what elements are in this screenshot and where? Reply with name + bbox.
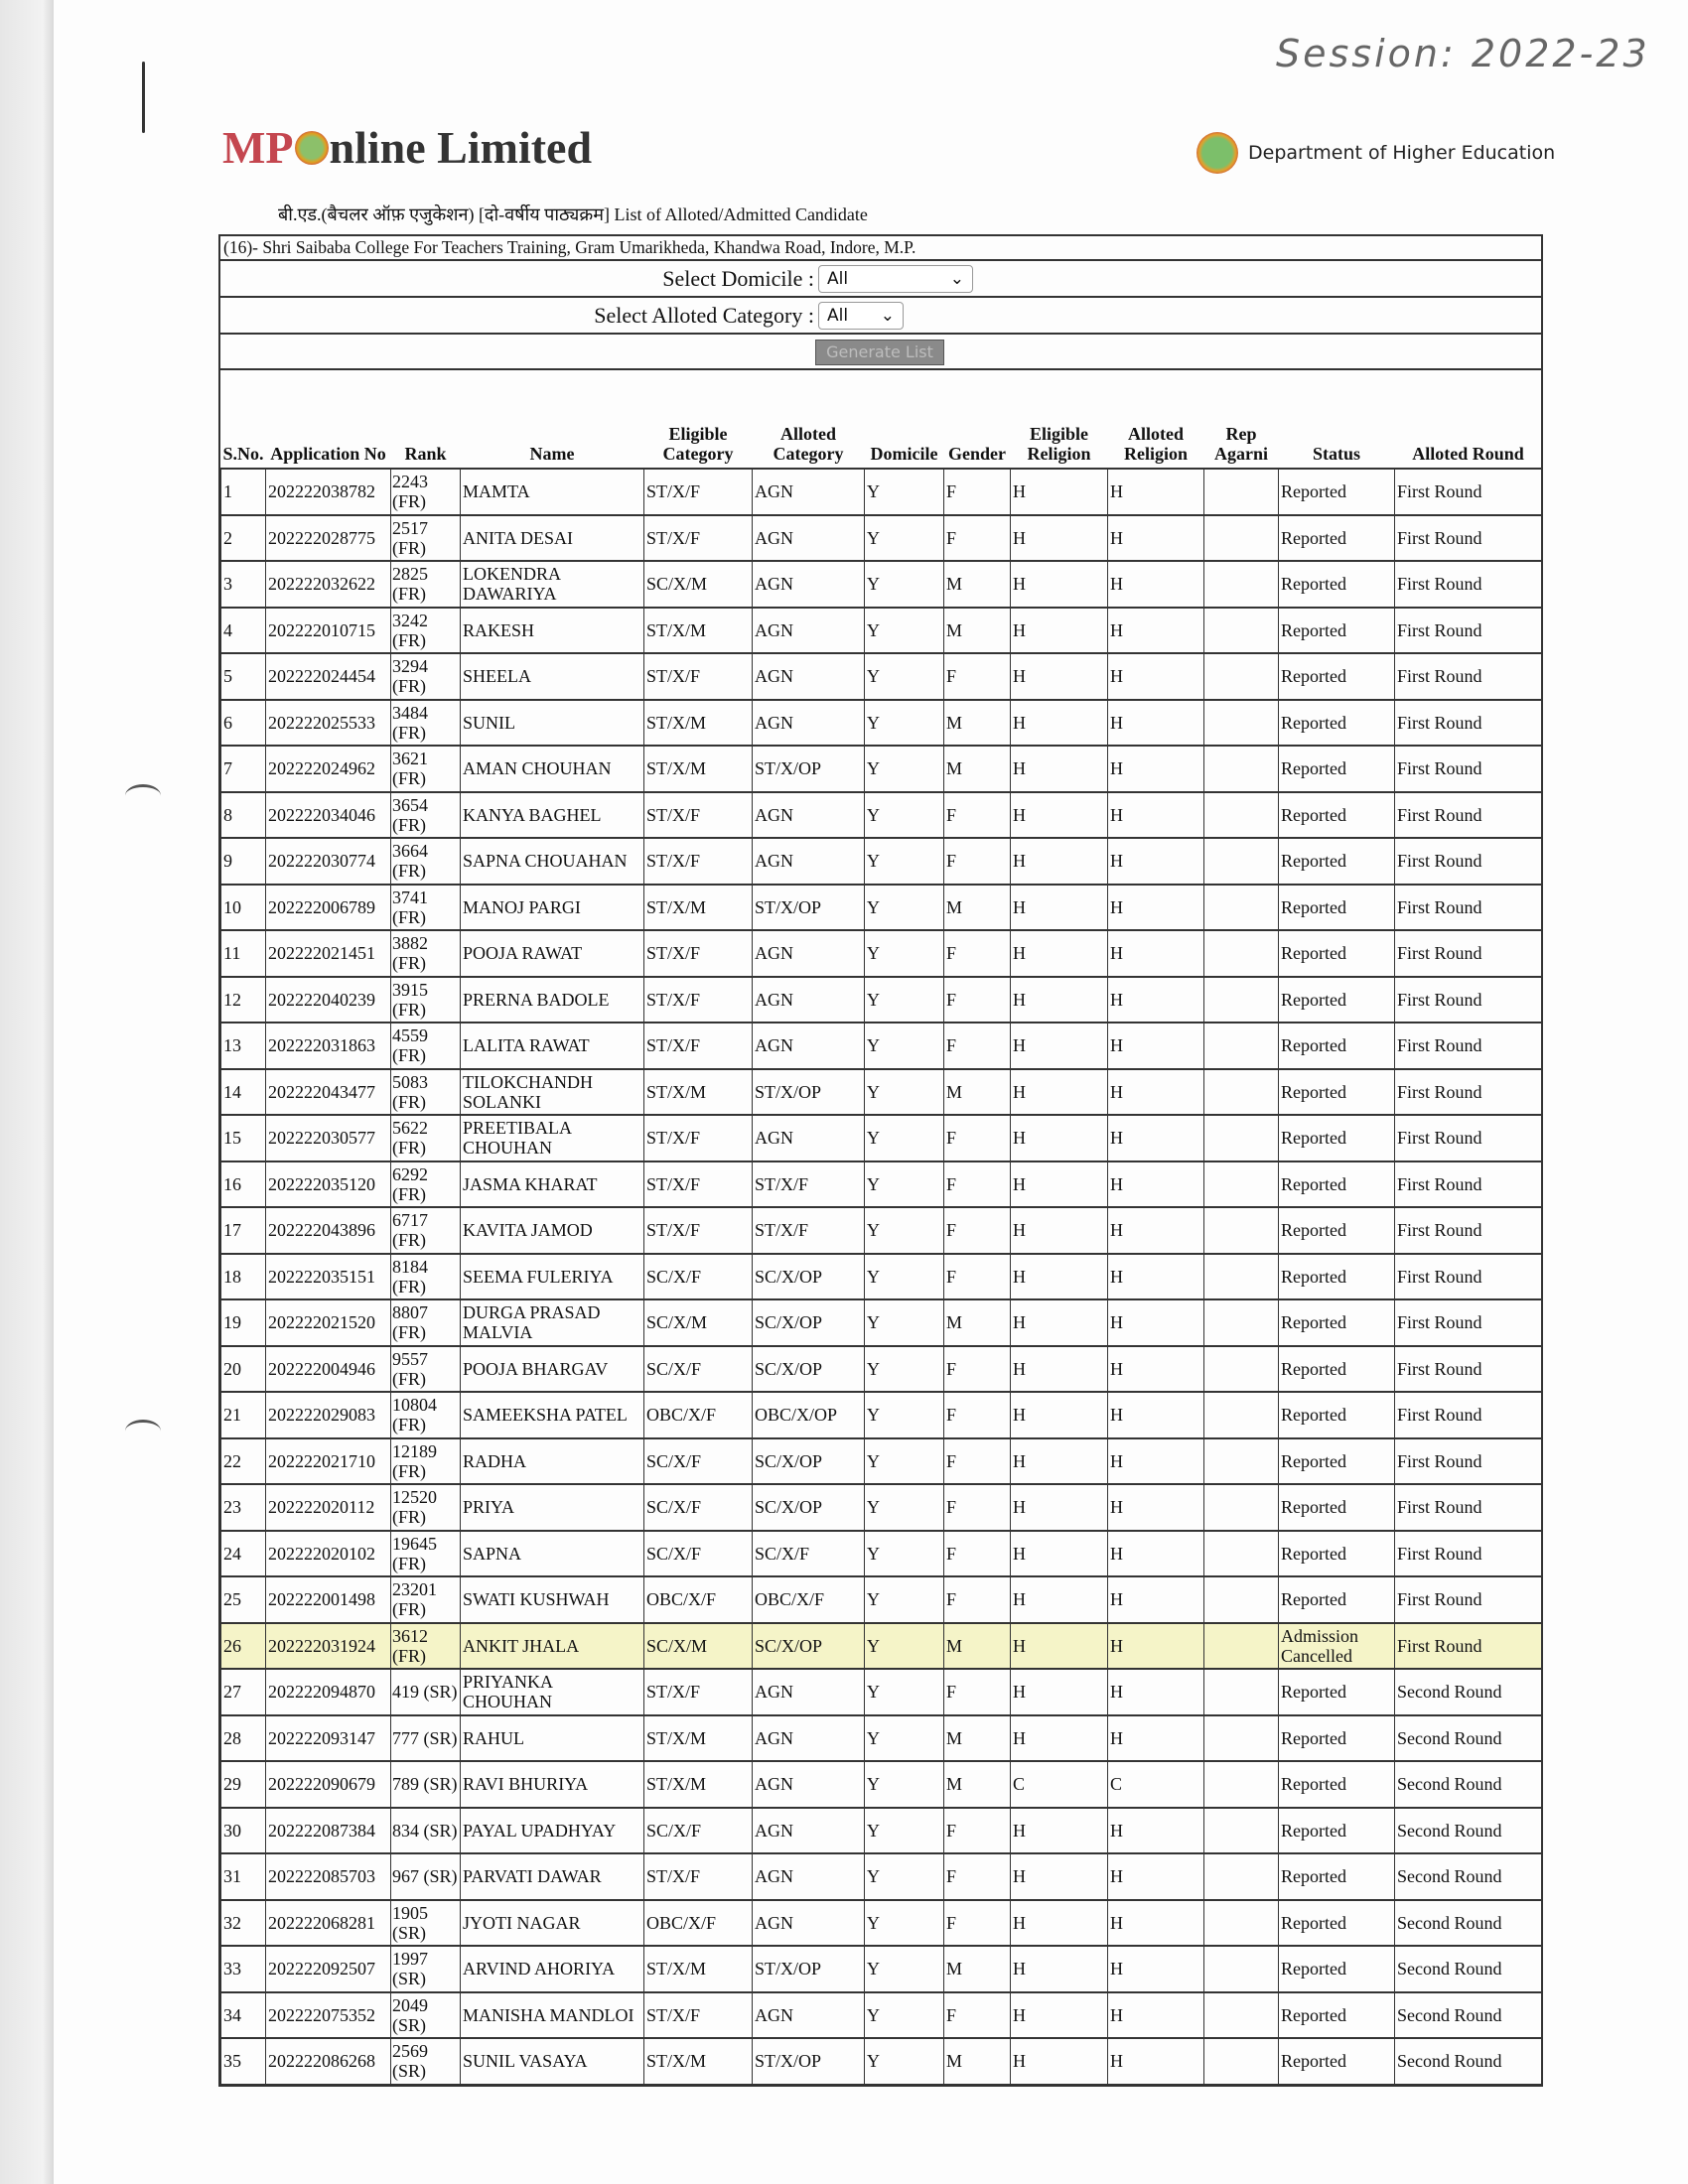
logo-prefix: MP [222, 121, 294, 174]
handwritten-session-note: Session: 2022-23 [1276, 32, 1650, 75]
table-cell: 34 [221, 1992, 266, 2039]
table-cell: 202222034046 [266, 792, 391, 839]
table-cell: Y [865, 930, 944, 977]
table-cell: Y [865, 1392, 944, 1438]
table-cell: AGN [753, 1900, 865, 1947]
table-cell: First Round [1395, 608, 1542, 654]
table-cell: ST/X/F [644, 1023, 753, 1069]
table-cell: 202222024962 [266, 746, 391, 792]
table-cell: 11 [221, 930, 266, 977]
table-row: 2420222202010219645 (FR)SAPNASC/X/FSC/X/… [221, 1531, 1542, 1577]
table-cell: First Round [1395, 1161, 1542, 1208]
table-cell: 202222043896 [266, 1207, 391, 1254]
table-cell: 3664 (FR) [391, 838, 461, 885]
table-cell: 3242 (FR) [391, 608, 461, 654]
scan-edge [0, 0, 54, 2184]
table-cell: AGN [753, 1853, 865, 1900]
table-cell: H [1011, 1484, 1108, 1531]
table-cell: Y [865, 700, 944, 747]
table-cell: 30 [221, 1808, 266, 1854]
table-cell: H [1011, 700, 1108, 747]
table-cell: SC/X/OP [753, 1623, 865, 1670]
table-cell: Y [865, 1069, 944, 1116]
table-cell: Second Round [1395, 1853, 1542, 1900]
domicile-select[interactable]: All ⌄ [818, 265, 973, 293]
table-cell [1204, 1161, 1279, 1208]
table-row: 30202222087384834 (SR)PAYAL UPADHYAYSC/X… [221, 1808, 1542, 1854]
table-cell: 202222010715 [266, 608, 391, 654]
table-cell: 202222024454 [266, 653, 391, 700]
table-cell: AGN [753, 469, 865, 515]
table-cell: Y [865, 1715, 944, 1762]
table-cell: ST/X/M [644, 608, 753, 654]
table-cell: 3612 (FR) [391, 1623, 461, 1670]
table-cell: ST/X/OP [753, 1946, 865, 1992]
table-cell: 202222020112 [266, 1484, 391, 1531]
generate-list-button[interactable]: Generate List [815, 340, 944, 365]
table-cell: 2049 (SR) [391, 1992, 461, 2039]
table-cell: F [944, 977, 1011, 1024]
table-cell: 19645 (FR) [391, 1531, 461, 1577]
table-cell: ARVIND AHORIYA [461, 1946, 644, 1992]
table-cell [1204, 885, 1279, 931]
table-cell: First Round [1395, 838, 1542, 885]
table-cell: POOJA BHARGAV [461, 1346, 644, 1393]
table-cell: Y [865, 977, 944, 1024]
table-cell: 202222094870 [266, 1669, 391, 1715]
table-cell: Second Round [1395, 1992, 1542, 2039]
column-header: Application No [266, 414, 391, 469]
table-cell: ST/X/M [644, 1069, 753, 1116]
table-cell [1204, 515, 1279, 562]
table-cell: SC/X/M [644, 1623, 753, 1670]
table-cell: H [1011, 1808, 1108, 1854]
table-cell: Y [865, 1207, 944, 1254]
table-cell [1204, 1438, 1279, 1485]
table-cell: Reported [1279, 1853, 1395, 1900]
table-cell: First Round [1395, 1207, 1542, 1254]
table-cell: C [1108, 1761, 1204, 1808]
table-row: 2520222200149823201 (FR)SWATI KUSHWAHOBC… [221, 1576, 1542, 1623]
table-cell: H [1011, 1299, 1108, 1346]
table-cell: M [944, 2038, 1011, 2084]
table-cell: 202222092507 [266, 1946, 391, 1992]
table-cell: 3882 (FR) [391, 930, 461, 977]
table-cell: ST/X/F [753, 1161, 865, 1208]
table-cell: 202222035151 [266, 1254, 391, 1300]
table-cell: ST/X/OP [753, 2038, 865, 2084]
table-cell: H [1108, 792, 1204, 839]
table-cell: H [1011, 1623, 1108, 1670]
table-cell: 29 [221, 1761, 266, 1808]
table-cell: F [944, 1392, 1011, 1438]
table-cell: 2825 (FR) [391, 561, 461, 608]
table-cell: SEEMA FULERIYA [461, 1254, 644, 1300]
table-cell: 12520 (FR) [391, 1484, 461, 1531]
table-cell: Reported [1279, 1254, 1395, 1300]
table-cell: 9557 (FR) [391, 1346, 461, 1393]
table-cell: 202222030577 [266, 1115, 391, 1161]
table-row: 102022220067893741 (FR)MANOJ PARGIST/X/M… [221, 885, 1542, 931]
table-row: 352022220862682569 (SR)SUNIL VASAYAST/X/… [221, 2038, 1542, 2084]
table-cell: Reported [1279, 608, 1395, 654]
table-cell: 3741 (FR) [391, 885, 461, 931]
table-cell: H [1108, 653, 1204, 700]
table-cell: H [1108, 1531, 1204, 1577]
table-cell: H [1108, 1346, 1204, 1393]
table-cell: 32 [221, 1900, 266, 1947]
table-cell: First Round [1395, 792, 1542, 839]
table-cell: Y [865, 1438, 944, 1485]
table-cell: 5083 (FR) [391, 1069, 461, 1116]
column-header: Alloted Category [753, 414, 865, 469]
table-cell: Reported [1279, 1069, 1395, 1116]
table-cell: SC/X/F [644, 1254, 753, 1300]
alloted-category-select[interactable]: All ⌄ [818, 302, 904, 330]
table-cell: Reported [1279, 1900, 1395, 1947]
table-cell: 3915 (FR) [391, 977, 461, 1024]
table-cell [1204, 469, 1279, 515]
table-cell: 8 [221, 792, 266, 839]
table-cell: Y [865, 1254, 944, 1300]
table-cell: ST/X/F [644, 838, 753, 885]
table-cell [1204, 1392, 1279, 1438]
table-cell: ST/X/M [644, 746, 753, 792]
table-cell: Reported [1279, 838, 1395, 885]
table-cell: AGN [753, 1023, 865, 1069]
table-cell: H [1108, 838, 1204, 885]
table-cell: ST/X/F [753, 1207, 865, 1254]
table-cell [1204, 1254, 1279, 1300]
table-cell: Second Round [1395, 1900, 1542, 1947]
table-cell: C [1011, 1761, 1108, 1808]
department-header: Department of Higher Education [1196, 132, 1555, 174]
table-cell: MANOJ PARGI [461, 885, 644, 931]
table-cell [1204, 1761, 1279, 1808]
table-cell: Second Round [1395, 1669, 1542, 1715]
table-cell: 3294 (FR) [391, 653, 461, 700]
table-cell: Y [865, 1023, 944, 1069]
table-cell: 23 [221, 1484, 266, 1531]
table-cell: Reported [1279, 653, 1395, 700]
table-cell [1204, 1207, 1279, 1254]
table-cell: ST/X/F [644, 977, 753, 1024]
table-cell: Y [865, 1299, 944, 1346]
table-cell: H [1011, 930, 1108, 977]
list-title: बी.एड.(बैचलर ऑफ़ एजुकेशन) [दो-वर्षीय पाठ… [278, 203, 868, 226]
table-cell: H [1011, 469, 1108, 515]
table-cell: 202222030774 [266, 838, 391, 885]
table-cell: SC/X/F [644, 1346, 753, 1393]
table-cell: 202222038782 [266, 469, 391, 515]
table-cell: 23201 (FR) [391, 1576, 461, 1623]
table-cell: 202222001498 [266, 1576, 391, 1623]
table-row: 202022220049469557 (FR)POOJA BHARGAVSC/X… [221, 1346, 1542, 1393]
table-cell: H [1011, 1392, 1108, 1438]
table-cell: Reported [1279, 1207, 1395, 1254]
table-cell: POOJA RAWAT [461, 930, 644, 977]
table-cell: F [944, 515, 1011, 562]
pen-mark [142, 62, 145, 133]
table-cell: H [1108, 1115, 1204, 1161]
table-cell: 22 [221, 1438, 266, 1485]
table-row: 322022220682811905 (SR)JYOTI NAGAROBC/X/… [221, 1900, 1542, 1947]
table-cell: TILOKCHANDH SOLANKI [461, 1069, 644, 1116]
table-cell: SC/X/F [644, 1531, 753, 1577]
table-cell: H [1011, 515, 1108, 562]
table-cell: PREETIBALA CHOUHAN [461, 1115, 644, 1161]
table-row: 42022220107153242 (FR)RAKESHST/X/MAGNYMH… [221, 608, 1542, 654]
table-cell [1204, 608, 1279, 654]
table-cell [1204, 1484, 1279, 1531]
table-cell: First Round [1395, 1254, 1542, 1300]
table-row: 192022220215208807 (FR)DURGA PRASAD MALV… [221, 1299, 1542, 1346]
table-cell: SC/X/OP [753, 1346, 865, 1393]
table-cell: F [944, 653, 1011, 700]
table-cell: 4559 (FR) [391, 1023, 461, 1069]
table-cell [1204, 838, 1279, 885]
table-cell: Reported [1279, 2038, 1395, 2084]
chevron-down-icon: ⌄ [881, 306, 895, 326]
table-cell: Y [865, 746, 944, 792]
table-cell: H [1011, 1254, 1108, 1300]
table-cell: M [944, 700, 1011, 747]
table-cell: H [1108, 1438, 1204, 1485]
table-cell [1204, 1531, 1279, 1577]
table-cell: 202222021451 [266, 930, 391, 977]
table-cell: 202222068281 [266, 1900, 391, 1947]
table-cell: Y [865, 1669, 944, 1715]
table-cell: Y [865, 469, 944, 515]
table-cell: 202222075352 [266, 1992, 391, 2039]
table-cell: Y [865, 1808, 944, 1854]
table-cell: OBC/X/OP [753, 1392, 865, 1438]
category-selected-value: All [827, 306, 848, 326]
table-cell: Y [865, 1761, 944, 1808]
table-cell: Reported [1279, 930, 1395, 977]
table-cell: ST/X/M [644, 885, 753, 931]
table-cell [1204, 930, 1279, 977]
table-cell: RAVI BHURIYA [461, 1761, 644, 1808]
table-cell: AGN [753, 700, 865, 747]
table-row: 28202222093147777 (SR)RAHULST/X/MAGNYMHH… [221, 1715, 1542, 1762]
table-cell: 202222020102 [266, 1531, 391, 1577]
table-cell: Reported [1279, 1023, 1395, 1069]
table-cell: First Round [1395, 515, 1542, 562]
table-cell: Y [865, 1992, 944, 2039]
table-cell: ST/X/F [644, 469, 753, 515]
table-cell: H [1108, 1161, 1204, 1208]
table-cell: AGN [753, 515, 865, 562]
table-cell: 35 [221, 2038, 266, 2084]
table-cell: OBC/X/F [644, 1576, 753, 1623]
table-cell: 16 [221, 1161, 266, 1208]
table-cell: Second Round [1395, 1761, 1542, 1808]
table-row: 182022220351518184 (FR)SEEMA FULERIYASC/… [221, 1254, 1542, 1300]
table-cell [1204, 1115, 1279, 1161]
table-cell: 7 [221, 746, 266, 792]
table-cell: F [944, 1484, 1011, 1531]
table-row: 2220222202171012189 (FR)RADHASC/X/FSC/X/… [221, 1438, 1542, 1485]
column-header: Rep Agarni [1204, 414, 1279, 469]
table-cell: M [944, 885, 1011, 931]
table-cell: H [1108, 1669, 1204, 1715]
table-cell: Y [865, 1346, 944, 1393]
table-cell: First Round [1395, 1623, 1542, 1670]
table-cell: Reported [1279, 746, 1395, 792]
table-cell: First Round [1395, 1484, 1542, 1531]
column-header: Alloted Religion [1108, 414, 1204, 469]
table-cell: H [1011, 2038, 1108, 2084]
table-cell: F [944, 1576, 1011, 1623]
table-cell: 18 [221, 1254, 266, 1300]
table-cell: First Round [1395, 1346, 1542, 1393]
table-cell: H [1011, 1115, 1108, 1161]
table-cell: H [1011, 977, 1108, 1024]
table-cell: 202222090679 [266, 1761, 391, 1808]
table-cell: SC/X/M [644, 1299, 753, 1346]
table-cell: PRIYANKA CHOUHAN [461, 1669, 644, 1715]
table-cell: First Round [1395, 1069, 1542, 1116]
table-cell [1204, 1299, 1279, 1346]
table-cell [1204, 1623, 1279, 1670]
table-cell: M [944, 561, 1011, 608]
table-cell: ST/X/F [644, 1207, 753, 1254]
table-cell: First Round [1395, 653, 1542, 700]
table-cell [1204, 977, 1279, 1024]
table-cell: First Round [1395, 1299, 1542, 1346]
table-cell: AGN [753, 1992, 865, 2039]
table-cell: H [1108, 608, 1204, 654]
table-cell: ST/X/OP [753, 885, 865, 931]
table-cell: Y [865, 1576, 944, 1623]
table-cell: SAPNA [461, 1531, 644, 1577]
table-cell: ANITA DESAI [461, 515, 644, 562]
domicile-filter-row: Select Domicile : All ⌄ [220, 261, 1541, 298]
table-cell: 3484 (FR) [391, 700, 461, 747]
table-cell: 2 [221, 515, 266, 562]
table-cell: First Round [1395, 1115, 1542, 1161]
table-cell: 202222032622 [266, 561, 391, 608]
table-cell: SC/X/F [753, 1531, 865, 1577]
table-cell: SHEELA [461, 653, 644, 700]
table-row: 31202222085703967 (SR)PARVATI DAWARST/X/… [221, 1853, 1542, 1900]
table-cell: H [1011, 1531, 1108, 1577]
table-cell: H [1011, 1207, 1108, 1254]
table-cell: AGN [753, 1715, 865, 1762]
table-cell: PARVATI DAWAR [461, 1853, 644, 1900]
table-cell: H [1108, 515, 1204, 562]
table-cell: 1 [221, 469, 266, 515]
table-row: 342022220753522049 (SR)MANISHA MANDLOIST… [221, 1992, 1542, 2039]
table-cell: F [944, 1531, 1011, 1577]
table-cell: M [944, 1715, 1011, 1762]
table-cell: ST/X/M [644, 1715, 753, 1762]
table-cell: ST/X/F [644, 1669, 753, 1715]
table-cell: First Round [1395, 1392, 1542, 1438]
table-cell: 5 [221, 653, 266, 700]
table-cell: Reported [1279, 1946, 1395, 1992]
table-cell: H [1108, 1207, 1204, 1254]
table-cell: H [1011, 792, 1108, 839]
table-cell: LOKENDRA DAWARIYA [461, 561, 644, 608]
table-cell: SC/X/F [644, 1484, 753, 1531]
column-header: Domicile [865, 414, 944, 469]
table-cell [1204, 653, 1279, 700]
column-header: Eligible Category [644, 414, 753, 469]
table-cell: M [944, 746, 1011, 792]
table-cell: 5622 (FR) [391, 1115, 461, 1161]
table-cell: First Round [1395, 1023, 1542, 1069]
table-cell: Reported [1279, 700, 1395, 747]
table-cell [1204, 746, 1279, 792]
table-cell: OBC/X/F [644, 1900, 753, 1947]
table-cell: H [1108, 1900, 1204, 1947]
table-cell [1204, 1069, 1279, 1116]
table-cell: 21 [221, 1392, 266, 1438]
table-cell: H [1011, 1576, 1108, 1623]
table-cell: H [1011, 1900, 1108, 1947]
table-cell: Admission Cancelled [1279, 1623, 1395, 1670]
domicile-label: Select Domicile : [220, 266, 818, 292]
table-cell: H [1011, 1069, 1108, 1116]
table-cell: PAYAL UPADHYAY [461, 1808, 644, 1854]
table-row: 62022220255333484 (FR)SUNILST/X/MAGNYMHH… [221, 700, 1542, 747]
table-cell: 3621 (FR) [391, 746, 461, 792]
logo-suffix: nline Limited [330, 121, 593, 174]
table-cell: H [1108, 1715, 1204, 1762]
table-cell: ST/X/F [644, 930, 753, 977]
table-cell: AMAN CHOUHAN [461, 746, 644, 792]
table-cell [1204, 1808, 1279, 1854]
table-cell: 834 (SR) [391, 1808, 461, 1854]
table-cell: F [944, 1853, 1011, 1900]
table-cell: H [1011, 1669, 1108, 1715]
table-cell: 8807 (FR) [391, 1299, 461, 1346]
table-cell: SAMEEKSHA PATEL [461, 1392, 644, 1438]
table-cell: H [1108, 885, 1204, 931]
table-cell [1204, 792, 1279, 839]
table-cell: H [1108, 1946, 1204, 1992]
table-row: 29202222090679789 (SR)RAVI BHURIYAST/X/M… [221, 1761, 1542, 1808]
table-cell: ST/X/M [644, 1946, 753, 1992]
table-cell: 10 [221, 885, 266, 931]
table-cell: Reported [1279, 1576, 1395, 1623]
department-name: Department of Higher Education [1248, 142, 1555, 164]
mponline-emblem-icon [295, 131, 329, 165]
table-row: 22022220287752517 (FR)ANITA DESAIST/X/FA… [221, 515, 1542, 562]
table-row: 142022220434775083 (FR)TILOKCHANDH SOLAN… [221, 1069, 1542, 1116]
table-cell: Reported [1279, 1299, 1395, 1346]
table-cell: 12 [221, 977, 266, 1024]
table-cell: H [1011, 1946, 1108, 1992]
table-cell: AGN [753, 1808, 865, 1854]
table-cell: 6292 (FR) [391, 1161, 461, 1208]
table-cell: AGN [753, 930, 865, 977]
table-cell: F [944, 1900, 1011, 1947]
table-cell: First Round [1395, 746, 1542, 792]
table-cell: ST/X/F [644, 515, 753, 562]
table-cell: AGN [753, 838, 865, 885]
table-cell: First Round [1395, 885, 1542, 931]
table-cell: F [944, 792, 1011, 839]
table-cell: H [1108, 1069, 1204, 1116]
table-cell: 26 [221, 1623, 266, 1670]
table-cell: F [944, 838, 1011, 885]
table-cell: Reported [1279, 469, 1395, 515]
table-cell: 2517 (FR) [391, 515, 461, 562]
table-cell: Reported [1279, 792, 1395, 839]
